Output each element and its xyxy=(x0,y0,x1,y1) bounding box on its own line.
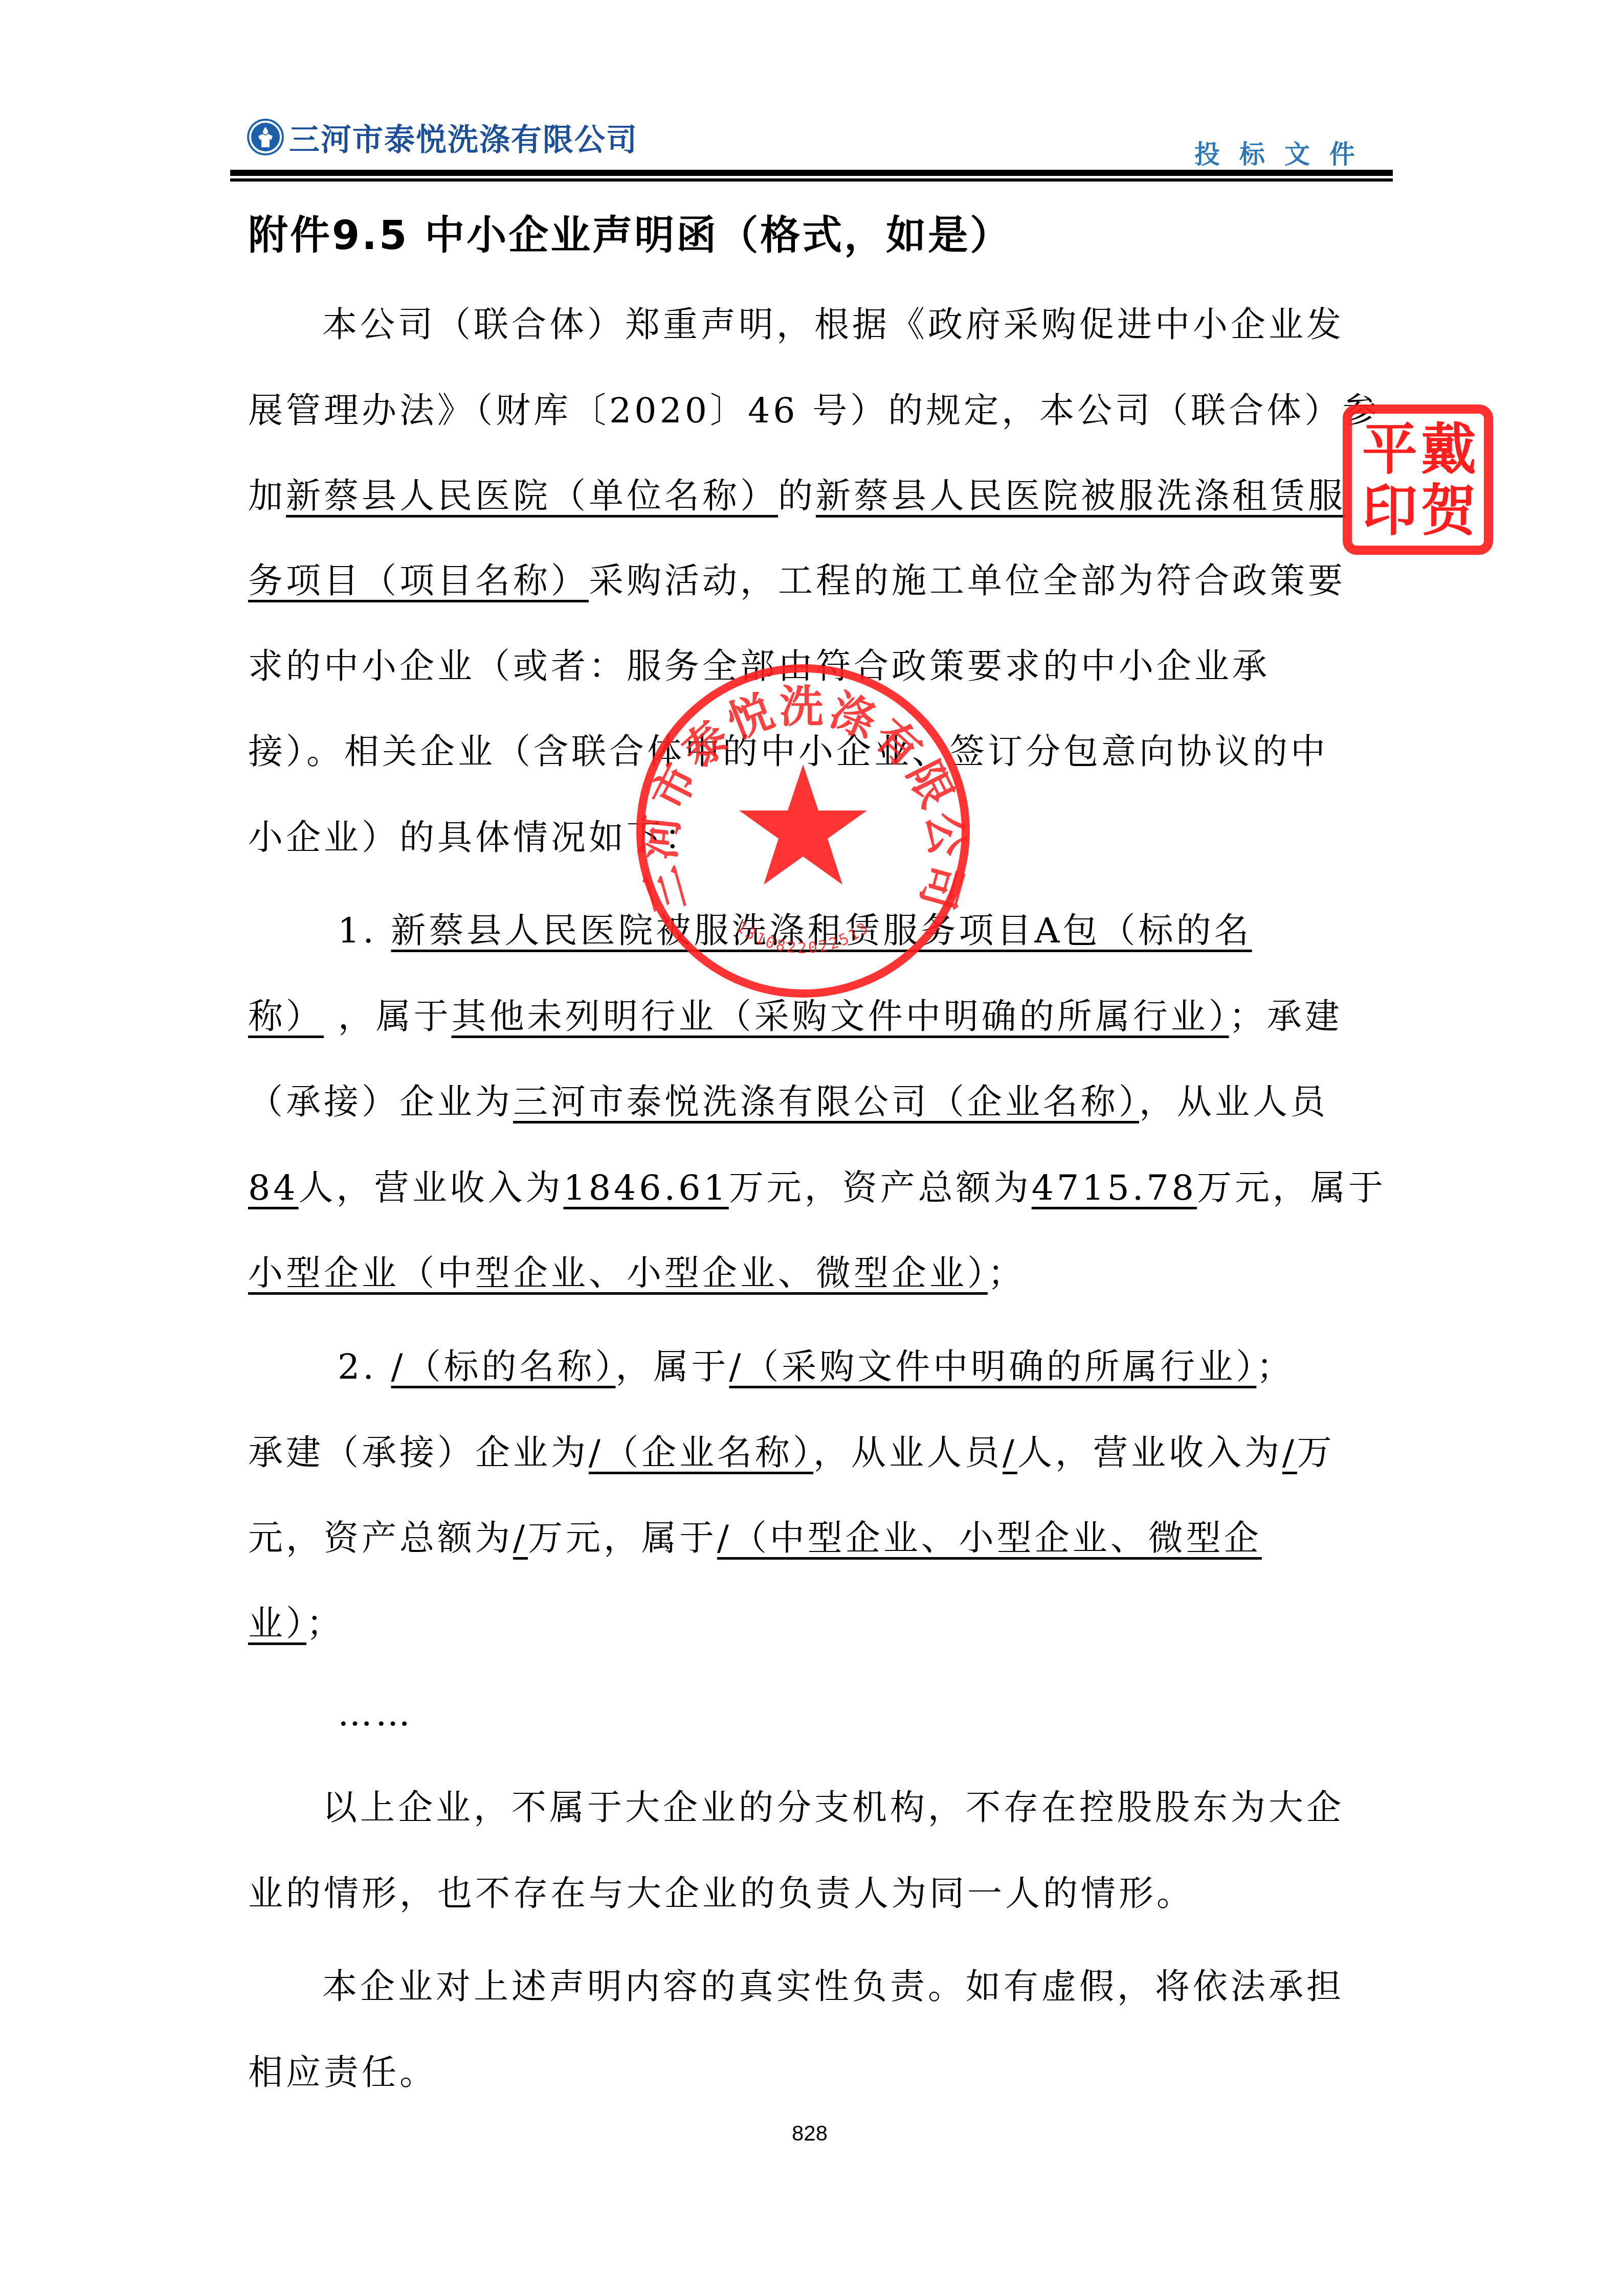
text: ，从业人员 xyxy=(813,1433,1003,1473)
text: 人，营业收入为 xyxy=(299,1168,564,1208)
text: ，属于 xyxy=(615,1347,729,1387)
item-1-line: 小型企业（中型企业、小型企业、微型企业）； xyxy=(248,1256,1026,1291)
item-2-line: 承建（承接）企业为/（企业名称），从业人员/人，营业收入为/万 xyxy=(248,1436,1335,1471)
svg-text:印: 印 xyxy=(1362,479,1417,543)
header-rule-thick xyxy=(230,170,1393,176)
text: 采购活动，工程的施工单位全部为符合政策要 xyxy=(589,561,1346,601)
page-number: 828 xyxy=(792,2121,828,2146)
svg-text:戴: 戴 xyxy=(1421,418,1476,482)
page-title: 附件9.5 中小企业声明函（格式，如是） xyxy=(248,204,1012,261)
paragraph-line: 展管理办法》（财库〔2020〕46 号）的规定，本公司（联合体）参 xyxy=(248,394,1380,429)
employees-count: 84 xyxy=(248,1168,299,1208)
revenue-value: 1846.61 xyxy=(564,1168,729,1208)
text: 万元，属于 xyxy=(528,1518,717,1559)
contractor-name: /（企业名称） xyxy=(589,1433,813,1473)
contractor-name: 三河市泰悦洗涤有限公司（企业名称） xyxy=(513,1082,1139,1122)
statement-line: 业的情形，也不存在与大企业的负责人为同一人的情形。 xyxy=(248,1877,1194,1911)
assets-value: 4715.78 xyxy=(1032,1168,1197,1208)
svg-text:1310822022513: 1310822022513 xyxy=(732,918,873,957)
item-number: 1. xyxy=(338,911,377,951)
industry: 其他未列明行业（采购文件中明确的所属行业） xyxy=(452,997,1229,1037)
text: 万元，属于 xyxy=(1197,1168,1386,1208)
text: 人，营业收入为 xyxy=(1017,1433,1282,1473)
revenue-value: / xyxy=(1282,1433,1297,1473)
item-1-line: （承接）企业为三河市泰悦洗涤有限公司（企业名称），从业人员 xyxy=(248,1085,1328,1120)
text: 万 xyxy=(1297,1433,1335,1473)
item-number: 2. xyxy=(338,1347,377,1387)
personal-seal-stamp: 平 戴 印 贺 xyxy=(1341,403,1495,556)
document-page: 三河市泰悦洗涤有限公司 投标文件 附件9.5 中小企业声明函（格式，如是） 本公… xyxy=(0,0,1624,2296)
liability-line: 本企业对上述声明内容的真实性负责。如有虚假，将依法承担 xyxy=(322,1970,1344,2005)
text: （承接）企业为 xyxy=(248,1082,513,1122)
liability-line: 相应责任。 xyxy=(248,2056,437,2090)
item-2-line: 元，资产总额为/万元，属于/（中型企业、小型企业、微型企 xyxy=(248,1521,1262,1556)
assets-value: / xyxy=(513,1518,528,1559)
paragraph-line: 本公司（联合体）郑重声明，根据《政府采购促进中小企业发 xyxy=(322,308,1344,343)
enterprise-size: 小型企业（中型企业、小型企业、微型企业） xyxy=(248,1253,988,1294)
company-seal-stamp: 三河市泰悦洗涤有限公司 1310822022513 xyxy=(632,660,974,1002)
text: ； xyxy=(1256,1347,1294,1387)
project-name: 新蔡县人民医院被服洗涤租赁服 xyxy=(816,476,1346,516)
company-logo-icon xyxy=(249,121,282,153)
item-1-line: 84人，营业收入为1846.61万元，资产总额为4715.78万元，属于 xyxy=(248,1171,1386,1206)
paragraph-line: 务项目（项目名称）采购活动，工程的施工单位全部为符合政策要 xyxy=(248,564,1346,599)
text: 承建（承接）企业为 xyxy=(248,1433,589,1473)
item-2-line: 2. /（标的名称），属于/（采购文件中明确的所属行业）； xyxy=(338,1350,1294,1385)
enterprise-size: /（中型企业、小型企业、微型企 xyxy=(717,1518,1262,1559)
lot-name: 称） xyxy=(248,997,324,1037)
header-rule-thin xyxy=(230,178,1393,182)
item-2-line: 业）； xyxy=(248,1607,344,1641)
header-document-type: 投标文件 xyxy=(1194,134,1374,171)
employees-count: / xyxy=(1003,1433,1017,1473)
text: ，从业人员 xyxy=(1139,1082,1328,1122)
enterprise-size: 业） xyxy=(248,1604,306,1644)
paragraph-line: 加新蔡县人民医院（单位名称）的新蔡县人民医院被服洗涤租赁服 xyxy=(248,479,1346,514)
lot-name: /（标的名称） xyxy=(391,1347,616,1387)
svg-text:贺: 贺 xyxy=(1421,479,1478,543)
header-company-name: 三河市泰悦洗涤有限公司 xyxy=(289,116,638,160)
project-name: 务项目（项目名称） xyxy=(248,561,589,601)
text: ，属于 xyxy=(338,997,452,1037)
statement-line: 以上企业，不属于大企业的分支机构，不存在控股股东为大企 xyxy=(322,1791,1344,1826)
purchaser-name: 新蔡县人民医院（单位名称） xyxy=(286,476,778,516)
industry: /（采购文件中明确的所属行业） xyxy=(729,1347,1256,1387)
text: ； xyxy=(988,1253,1026,1294)
text: ；承建 xyxy=(1229,997,1343,1037)
text: 元，资产总额为 xyxy=(248,1518,513,1559)
text: ； xyxy=(306,1604,344,1644)
ellipsis: …… xyxy=(338,1697,413,1731)
svg-text:平: 平 xyxy=(1362,418,1417,482)
text: 万元，资产总额为 xyxy=(729,1168,1032,1208)
text: 的 xyxy=(778,476,816,516)
item-1-line: 称） ，属于其他未列明行业（采购文件中明确的所属行业）；承建 xyxy=(248,1000,1343,1034)
text: 加 xyxy=(248,476,286,516)
